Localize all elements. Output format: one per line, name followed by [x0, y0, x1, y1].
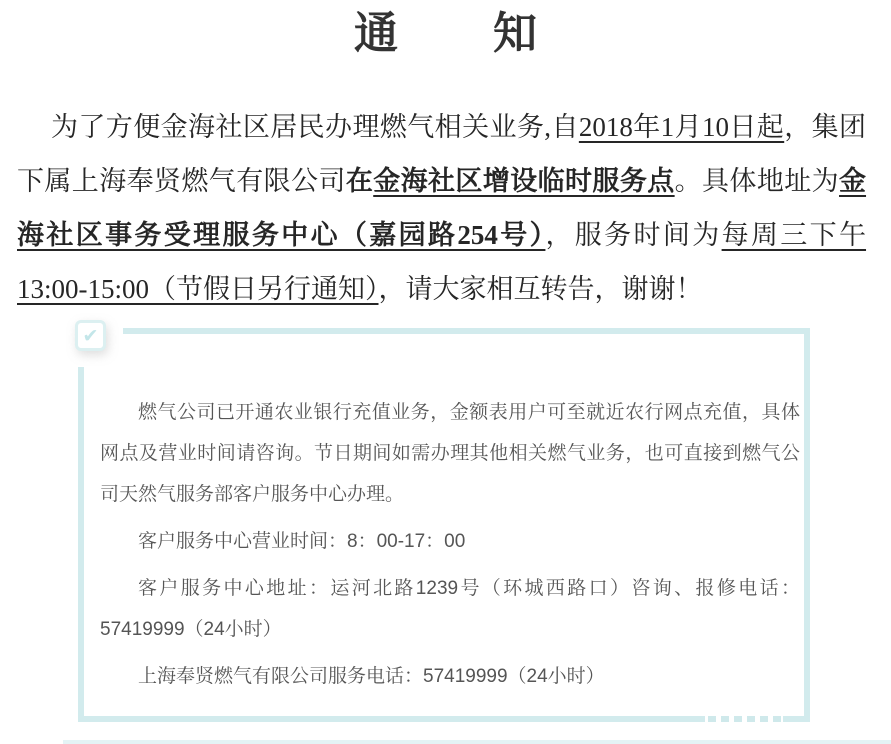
check-icon: ✔	[83, 325, 99, 347]
notice-seg-3: 在	[346, 166, 373, 196]
infobox-paragraph-service-phone: 上海奉贤燃气有限公司服务电话：57419999（24小时）	[100, 656, 800, 697]
title-char-1: 通	[354, 8, 398, 60]
bottom-divider-line	[63, 740, 891, 744]
notice-seg-5: 。具体地址为	[675, 166, 839, 196]
infobox-border-right	[804, 328, 810, 722]
infobox-paragraph-hours: 客户服务中心营业时间：8：00-17：00	[100, 521, 800, 562]
infobox-border-bottom	[78, 716, 810, 722]
infobox-border-left	[78, 367, 84, 722]
notice-seg-service-point: 金海社区增设临时服务点	[373, 166, 674, 196]
infobox-content: 燃气公司已开通农业银行充值业务，金额表用户可至就近农行网点充值，具体网点及营业时…	[100, 392, 800, 703]
page-title: 通 知	[0, 8, 891, 60]
title-char-2: 知	[493, 8, 537, 60]
notice-seg-9: ，请大家相互转告，谢谢！	[379, 274, 703, 304]
infobox-border-top	[123, 328, 810, 334]
infobox-paragraph-bank: 燃气公司已开通农业银行充值业务，金额表用户可至就近农行网点充值，具体网点及营业时…	[100, 392, 800, 515]
notice-seg-date-underlined: 2018年1月10日起	[579, 112, 784, 142]
notice-seg-0: 为了方便金海社区居民办理燃气相关业务,自	[51, 112, 579, 142]
notice-page: 通 知 为了方便金海社区居民办理燃气相关业务,自2018年1月10日起，集团下属…	[0, 0, 891, 744]
check-badge: ✔	[75, 320, 106, 351]
infobox-border-dashes	[705, 716, 783, 722]
notice-paragraph: 为了方便金海社区居民办理燃气相关业务,自2018年1月10日起，集团下属上海奉贤…	[17, 100, 866, 316]
infobox-paragraph-address-phone: 客户服务中心地址：运河北路1239号（环城西路口）咨询、报修电话：5741999…	[100, 568, 800, 650]
notice-seg-7: ，服务时间为	[545, 220, 721, 250]
